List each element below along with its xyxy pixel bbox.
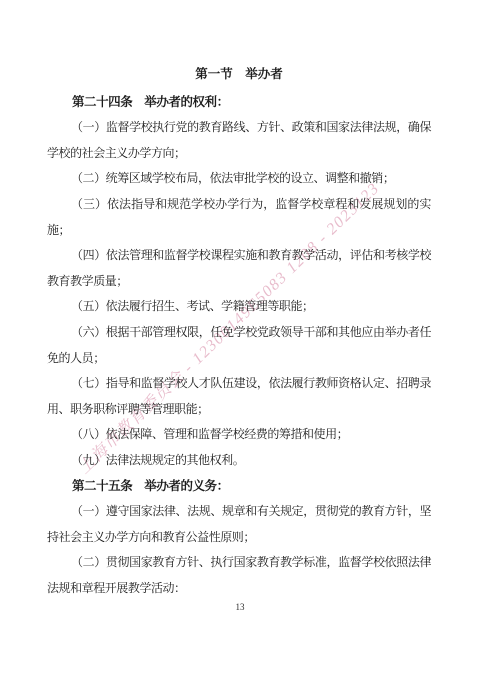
document-paragraph: （六）根据干部管理权限，任免学校党政领导干部和其他应由举办者任免的人员； bbox=[47, 320, 431, 371]
page-number: 13 bbox=[0, 602, 480, 612]
document-paragraph: （二）贯彻国家教育方针、执行国家教育教学标准，监督学校依照法律法规和章程开展教学… bbox=[47, 550, 431, 601]
document-paragraph: （三）依法指导和规范学校办学行为，监督学校章程和发展规划的实施； bbox=[47, 192, 431, 243]
document-paragraph: （五）依法履行招生、考试、学籍管理等职能； bbox=[47, 294, 431, 320]
document-content: 第一节 举办者 第二十四条 举办者的权利： （一）监督学校执行党的教育路线、方针… bbox=[47, 62, 431, 601]
paragraph-list: 第二十四条 举办者的权利： （一）监督学校执行党的教育路线、方针、政策和国家法律… bbox=[47, 90, 431, 602]
document-paragraph: （一）遵守国家法律、法规、规章和有关规定，贯彻党的教育方针，坚持社会主义办学方向… bbox=[47, 499, 431, 550]
document-paragraph: （二）统筹区域学校布局，依法审批学校的设立、调整和撤销； bbox=[47, 166, 431, 192]
document-paragraph: （七）指导和监督学校人才队伍建设，依法履行教师资格认定、招聘录用、职务职称评聘等… bbox=[47, 371, 431, 422]
document-paragraph: 第二十五条 举办者的义务： bbox=[47, 474, 431, 500]
document-paragraph: （四）依法管理和监督学校课程实施和教育教学活动，评估和考核学校教育教学质量； bbox=[47, 243, 431, 294]
section-title: 第一节 举办者 bbox=[47, 62, 431, 88]
document-paragraph: （八）依法保障、管理和监督学校经费的筹措和使用； bbox=[47, 422, 431, 448]
document-paragraph: （九）法律法规规定的其他权利。 bbox=[47, 448, 431, 474]
document-page: 上海市教育委员会 - 12300149E5083 1208 - 2023123 … bbox=[0, 0, 480, 679]
document-paragraph: 第二十四条 举办者的权利： bbox=[47, 90, 431, 116]
document-paragraph: （一）监督学校执行党的教育路线、方针、政策和国家法律法规，确保学校的社会主义办学… bbox=[47, 115, 431, 166]
